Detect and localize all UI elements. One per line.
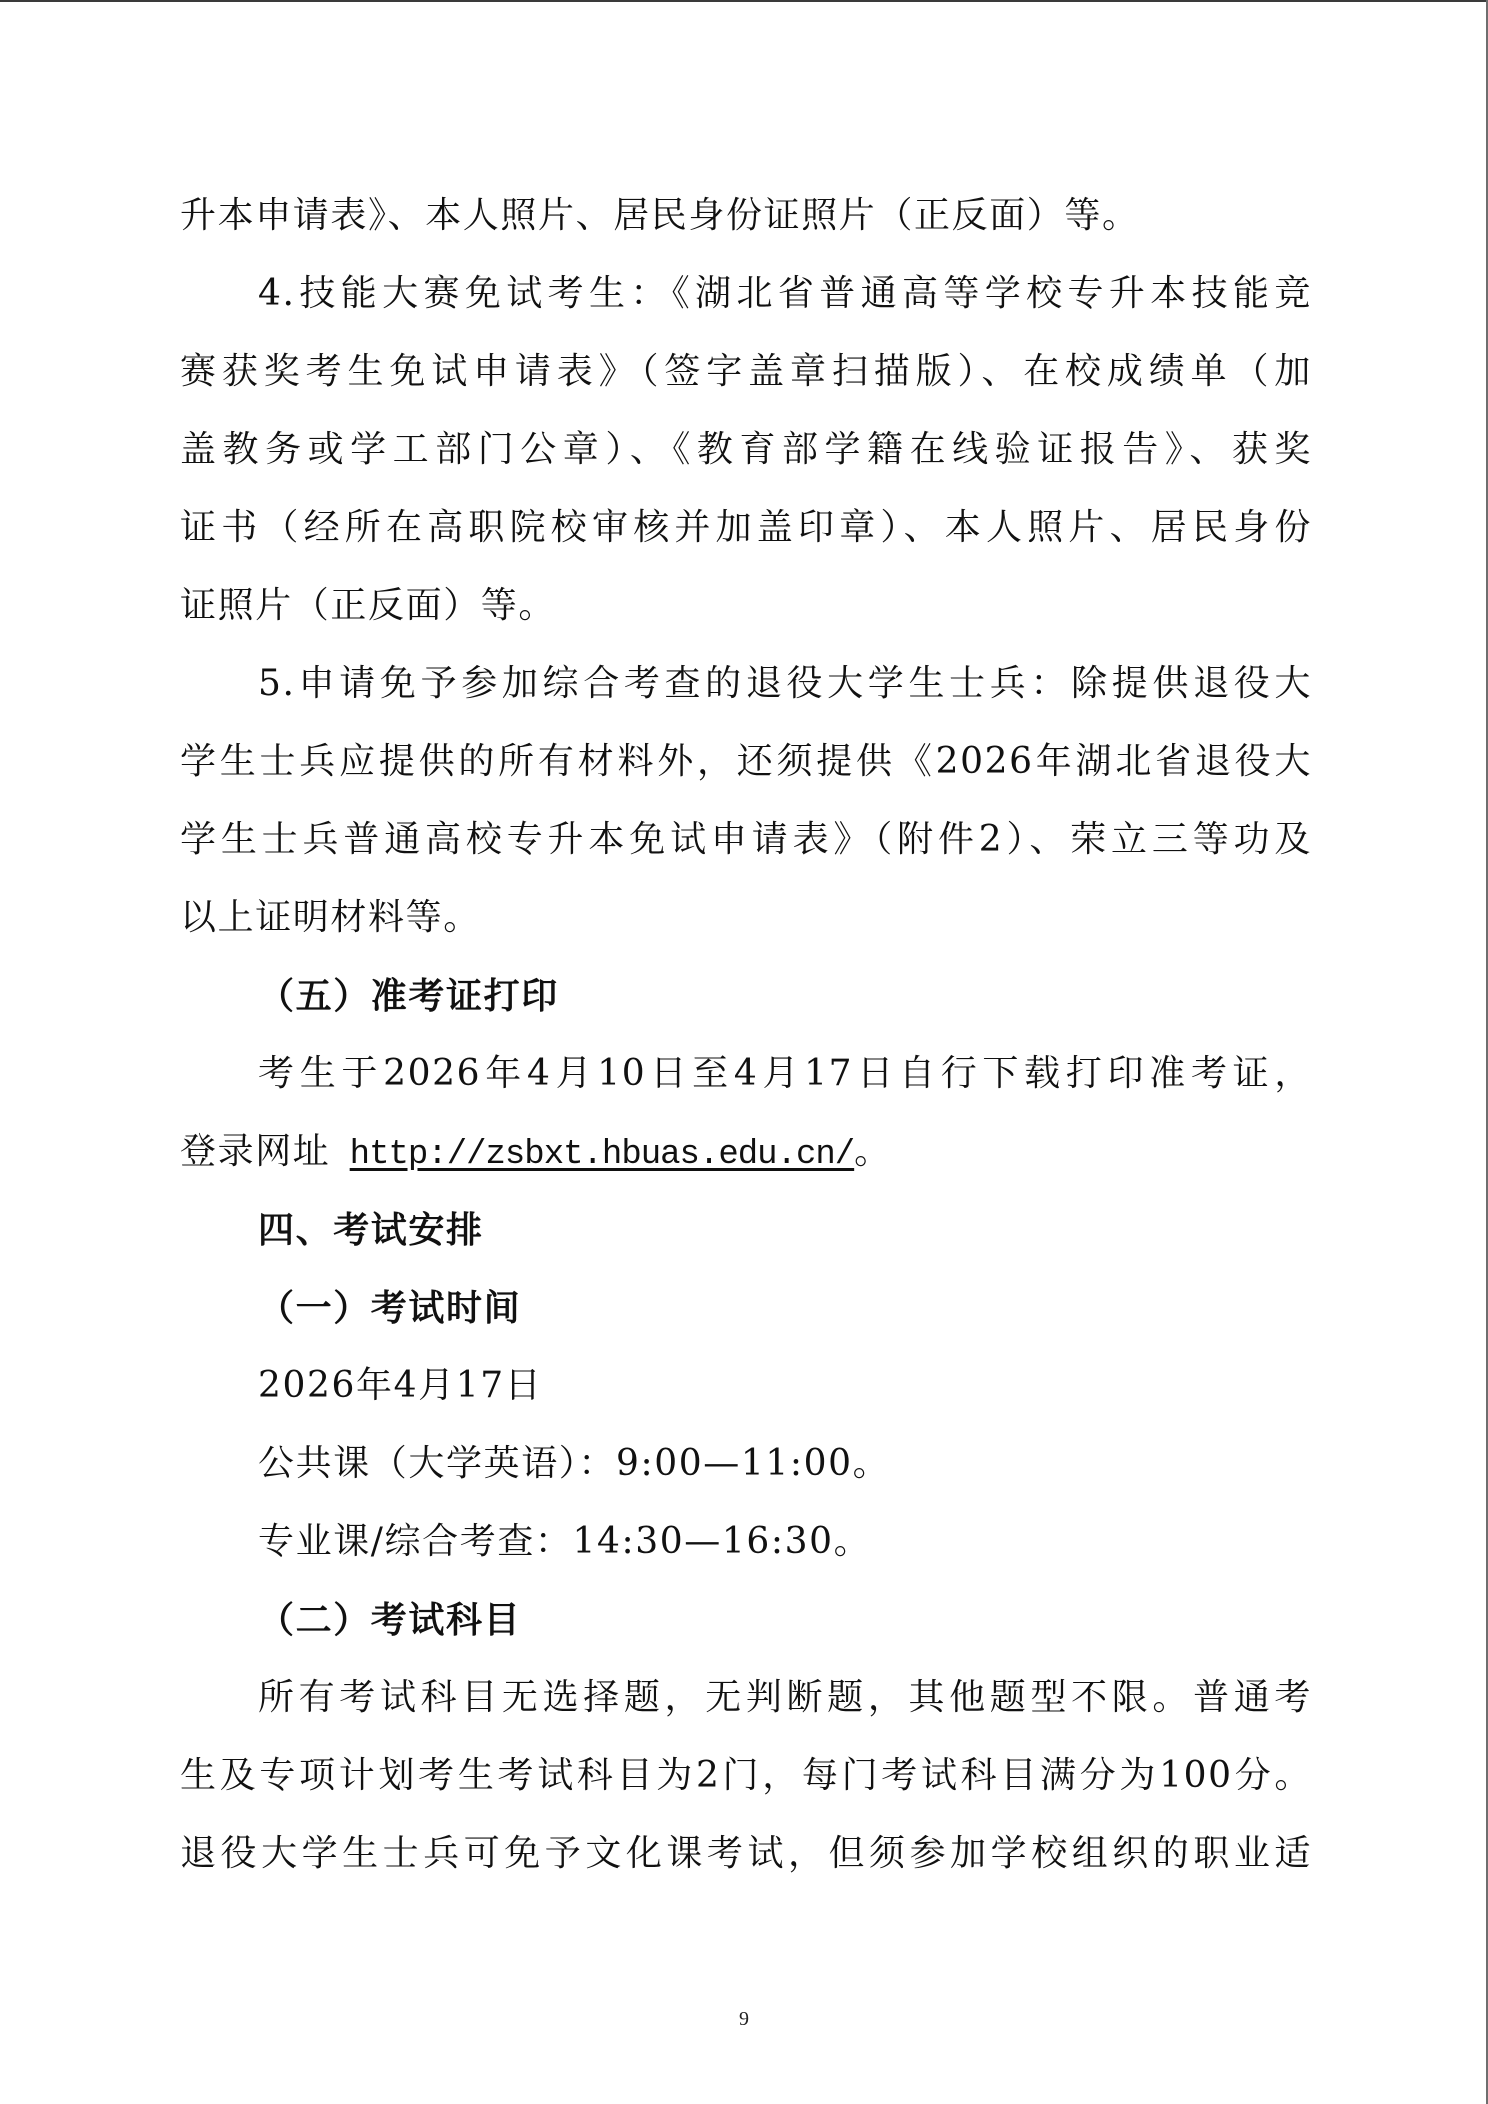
top-border-line [0,0,1488,2]
paragraph-line-veteran-exemption: 5.申请免予参加综合考查的退役大学生士兵：除提供退役大 [180,654,1312,732]
subsection-heading-exam-subjects: （二）考试科目 [180,1590,1312,1668]
document-page-body: 升本申请表》、本人照片、居民身份证照片（正反面）等。 4.技能大赛免试考生：《湖… [180,186,1312,1902]
paragraph-line: 赛获奖考生免试申请表》（签字盖章扫描版）、在校成绩单（加 [180,342,1312,420]
paragraph-line: 学生士兵普通高校专升本免试申请表》（附件2）、荣立三等功及 [180,810,1312,888]
paragraph-line: 以上证明材料等。 [180,888,1312,966]
major-course-time: 专业课/综合考查：14:30—16:30。 [180,1512,1312,1590]
paragraph-line: 证书（经所在高职院校审核并加盖印章）、本人照片、居民身份 [180,498,1312,576]
paragraph-line-subjects: 生及专项计划考生考试科目为2门，每门考试科目满分为100分。 [180,1746,1312,1824]
login-url-prefix: 登录网址 [180,1131,330,1172]
section-heading-admission-ticket: （五）准考证打印 [180,966,1312,1044]
exam-date: 2026年4月17日 [180,1356,1312,1434]
paragraph-line: 盖教务或学工部门公章）、《教育部学籍在线验证报告》、获奖 [180,420,1312,498]
paragraph-line-subjects: 退役大学生士兵可免予文化课考试，但须参加学校组织的职业适 [180,1824,1312,1902]
login-url-line: 登录网址 http://zsbxt.hbuas.edu.cn/。 [180,1122,1312,1200]
paragraph-line-ticket-dates: 考生于2026年4月10日至4月17日自行下载打印准考证， [180,1044,1312,1122]
paragraph-line: 升本申请表》、本人照片、居民身份证照片（正反面）等。 [180,186,1312,264]
login-url-suffix: 。 [854,1131,892,1172]
page-number: 9 [0,2008,1488,2031]
paragraph-line: 证照片（正反面）等。 [180,576,1312,654]
paragraph-line-subjects: 所有考试科目无选择题，无判断题，其他题型不限。普通考 [180,1668,1312,1746]
paragraph-line-skills-competition: 4.技能大赛免试考生：《湖北省普通高等学校专升本技能竞 [180,264,1312,342]
section-heading-exam-arrangement: 四、考试安排 [180,1200,1312,1278]
login-url-link[interactable]: http://zsbxt.hbuas.edu.cn/ [350,1136,855,1174]
paragraph-line: 学生士兵应提供的所有材料外，还须提供《2026年湖北省退役大 [180,732,1312,810]
public-course-time: 公共课（大学英语）：9:00—11:00。 [180,1434,1312,1512]
subsection-heading-exam-time: （一）考试时间 [180,1278,1312,1356]
